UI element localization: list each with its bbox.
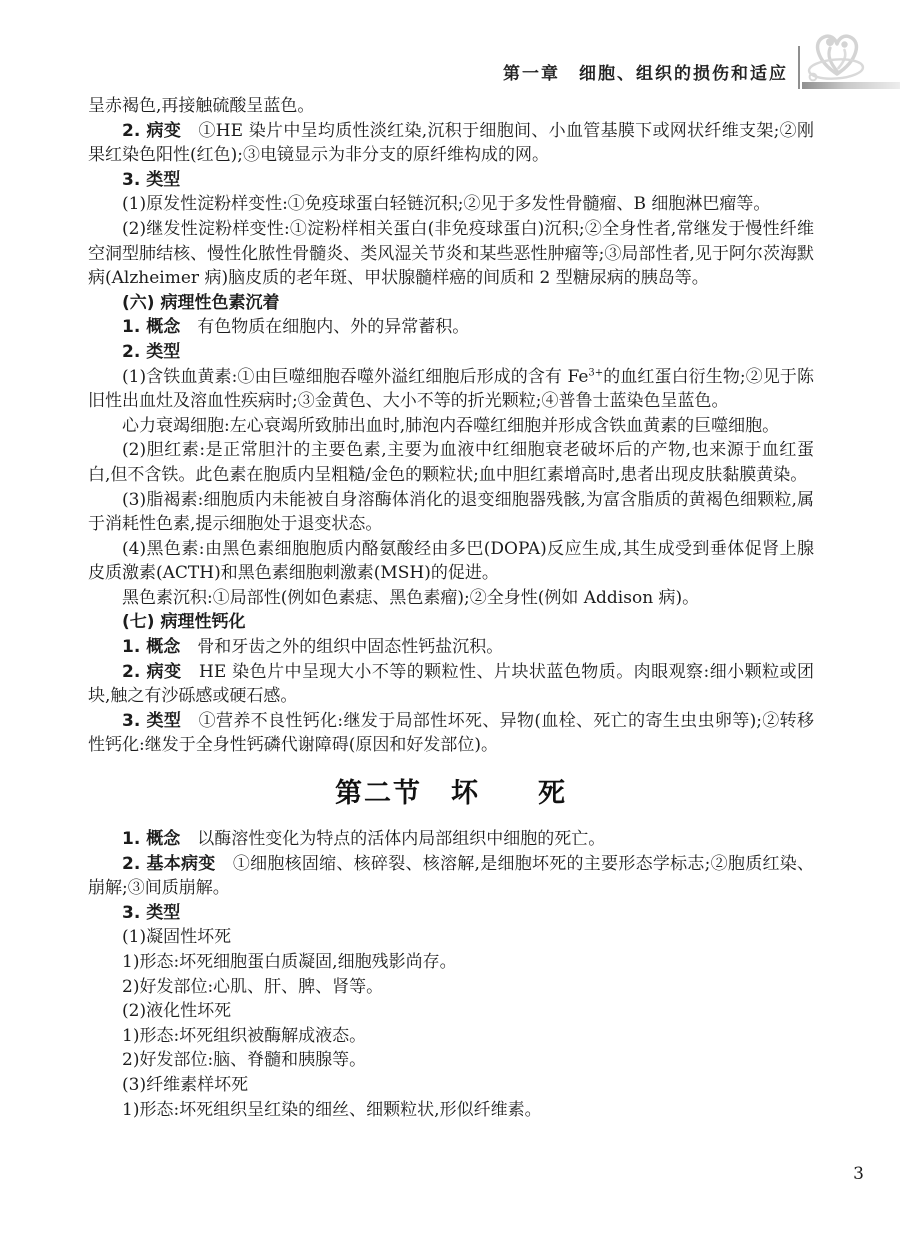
text-run: 1)形态:坏死组织呈红染的细丝、细颗粒状,形似纤维素。 xyxy=(122,1100,542,1120)
text-run: ①HE 染片中呈均质性淡红染,沉积于细胞间、小血管基膜下或网状纤维支架;②刚果红… xyxy=(88,121,814,166)
bold-label: 2. 病变 xyxy=(122,121,181,141)
paragraph: 1)形态:坏死组织被酶解成液态。 xyxy=(88,1024,814,1049)
paragraph: (4)黑色素:由黑色素细胞胞质内酪氨酸经由多巴(DOPA)反应生成,其生成受到垂… xyxy=(88,537,814,586)
section-title: 第二节 坏 死 xyxy=(88,775,814,813)
text-run: (1)原发性淀粉样变性:①免疫球蛋白轻链沉积;②见于多发性骨髓瘤、B 细胞淋巴瘤… xyxy=(122,194,770,214)
bold-label: 2. 基本病变 xyxy=(122,854,216,874)
text-run: 黑色素沉积:①局部性(例如色素痣、黑色素瘤);②全身性(例如 Addison 病… xyxy=(122,588,699,608)
paragraph: 3. 类型 xyxy=(88,901,814,926)
bold-label: 第二节 坏 死 xyxy=(335,778,567,809)
text-run: (1)凝固性坏死 xyxy=(122,927,231,947)
page-number: 3 xyxy=(853,1164,864,1184)
text-run: 心力衰竭细胞:左心衰竭所致肺出血时,肺泡内吞噬红细胞并形成含铁血黄素的巨噬细胞。 xyxy=(122,416,779,436)
bold-label: (七) 病理性钙化 xyxy=(122,612,245,632)
paragraph: 心力衰竭细胞:左心衰竭所致肺出血时,肺泡内吞噬红细胞并形成含铁血黄素的巨噬细胞。 xyxy=(88,414,814,439)
paragraph: 2)好发部位:心肌、肝、脾、肾等。 xyxy=(88,975,814,1000)
textbook-page: 第一章 细胞、组织的损伤和适应 呈赤褐色,再接触硫酸呈蓝色。2. 病变 ①HE … xyxy=(0,0,900,1234)
text-run: 2)好发部位:脑、脊髓和胰腺等。 xyxy=(122,1050,366,1070)
paragraph: 1. 概念 骨和牙齿之外的组织中固态性钙盐沉积。 xyxy=(88,635,814,660)
paragraph: 呈赤褐色,再接触硫酸呈蓝色。 xyxy=(88,94,814,119)
text-run: (2)胆红素:是正常胆汁的主要色素,主要为血液中红细胞衰老破坏后的产物,也来源于… xyxy=(88,440,814,485)
paragraph: 2. 病变 HE 染色片中呈现大小不等的颗粒性、片块状蓝色物质。肉眼观察:细小颗… xyxy=(88,660,814,709)
paragraph: 2. 类型 xyxy=(88,340,814,365)
text-run: 骨和牙齿之外的组织中固态性钙盐沉积。 xyxy=(180,637,503,657)
paragraph: (2)胆红素:是正常胆汁的主要色素,主要为血液中红细胞衰老破坏后的产物,也来源于… xyxy=(88,438,814,487)
bold-label: 1. 概念 xyxy=(122,829,180,849)
paragraph: 2. 病变 ①HE 染片中呈均质性淡红染,沉积于细胞间、小血管基膜下或网状纤维支… xyxy=(88,119,814,168)
text-run: (4)黑色素:由黑色素细胞胞质内酪氨酸经由多巴(DOPA)反应生成,其生成受到垂… xyxy=(88,539,814,584)
bold-label: 2. 病变 xyxy=(122,662,182,682)
bold-label: 1. 概念 xyxy=(122,317,180,337)
text-run: 2)好发部位:心肌、肝、脾、肾等。 xyxy=(122,977,383,997)
text-run: HE 染色片中呈现大小不等的颗粒性、片块状蓝色物质。肉眼观察:细小颗粒或团块,触… xyxy=(88,662,814,707)
bold-label: 3. 类型 xyxy=(122,711,181,731)
header-divider xyxy=(798,46,800,89)
bold-label: 3. 类型 xyxy=(122,903,180,923)
text-run: 有色物质在细胞内、外的异常蓄积。 xyxy=(180,317,469,337)
paragraph: (3)纤维素样坏死 xyxy=(88,1073,814,1098)
heart-figures-stethoscope-logo-icon xyxy=(805,28,869,86)
chapter-header-title: 第一章 细胞、组织的损伤和适应 xyxy=(503,59,788,84)
text-run: 1)形态:坏死细胞蛋白质凝固,细胞残影尚存。 xyxy=(122,952,457,972)
bold-label: 2. 类型 xyxy=(122,342,180,362)
bold-label: (六) 病理性色素沉着 xyxy=(122,293,279,313)
paragraph: (六) 病理性色素沉着 xyxy=(88,291,814,316)
paragraph: (2)继发性淀粉样变性:①淀粉样相关蛋白(非免疫球蛋白)沉积;②全身性者,常继发… xyxy=(88,217,814,291)
text-run: (1)含铁血黄素:①由巨噬细胞吞噬外溢红细胞后形成的含有 Fe xyxy=(122,367,588,387)
paragraph: 3. 类型 ①营养不良性钙化:继发于局部性坏死、异物(血栓、死亡的寄生虫虫卵等)… xyxy=(88,709,814,758)
bold-label: 3. 类型 xyxy=(122,170,180,190)
paragraph: 1. 概念 有色物质在细胞内、外的异常蓄积。 xyxy=(88,315,814,340)
paragraph: 1)形态:坏死组织呈红染的细丝、细颗粒状,形似纤维素。 xyxy=(88,1098,814,1123)
paragraph: (七) 病理性钙化 xyxy=(88,610,814,635)
paragraph: 2)好发部位:脑、脊髓和胰腺等。 xyxy=(88,1048,814,1073)
paragraph: 1. 概念 以酶溶性变化为特点的活体内局部组织中细胞的死亡。 xyxy=(88,827,814,852)
paragraph: 黑色素沉积:①局部性(例如色素痣、黑色素瘤);②全身性(例如 Addison 病… xyxy=(88,586,814,611)
text-run: (3)纤维素样坏死 xyxy=(122,1075,248,1095)
paragraph: (2)液化性坏死 xyxy=(88,999,814,1024)
text-run: 以酶溶性变化为特点的活体内局部组织中细胞的死亡。 xyxy=(180,829,605,849)
paragraph: 1)形态:坏死细胞蛋白质凝固,细胞残影尚存。 xyxy=(88,950,814,975)
paragraph: (3)脂褐素:细胞质内未能被自身溶酶体消化的退变细胞器残骸,为富含脂质的黄褐色细… xyxy=(88,488,814,537)
text-run: ①营养不良性钙化:继发于局部性坏死、异物(血栓、死亡的寄生虫虫卵等);②转移性钙… xyxy=(88,711,814,756)
text-run: 呈赤褐色,再接触硫酸呈蓝色。 xyxy=(88,96,314,116)
bold-label: 1. 概念 xyxy=(122,637,180,657)
text-run: (2)继发性淀粉样变性:①淀粉样相关蛋白(非免疫球蛋白)沉积;②全身性者,常继发… xyxy=(88,219,814,288)
page-body: 呈赤褐色,再接触硫酸呈蓝色。2. 病变 ①HE 染片中呈均质性淡红染,沉积于细胞… xyxy=(88,94,814,1122)
paragraph: (1)含铁血黄素:①由巨噬细胞吞噬外溢红细胞后形成的含有 Fe3+的血红蛋白衍生… xyxy=(88,365,814,414)
paragraph: (1)原发性淀粉样变性:①免疫球蛋白轻链沉积;②见于多发性骨髓瘤、B 细胞淋巴瘤… xyxy=(88,192,814,217)
text-run: (2)液化性坏死 xyxy=(122,1001,231,1021)
header-rule xyxy=(802,82,900,89)
superscript: 3+ xyxy=(588,367,603,378)
text-run: 1)形态:坏死组织被酶解成液态。 xyxy=(122,1026,366,1046)
paragraph: 2. 基本病变 ①细胞核固缩、核碎裂、核溶解,是细胞坏死的主要形态学标志;②胞质… xyxy=(88,852,814,901)
paragraph: 3. 类型 xyxy=(88,168,814,193)
paragraph: (1)凝固性坏死 xyxy=(88,925,814,950)
text-run: (3)脂褐素:细胞质内未能被自身溶酶体消化的退变细胞器残骸,为富含脂质的黄褐色细… xyxy=(88,490,814,535)
